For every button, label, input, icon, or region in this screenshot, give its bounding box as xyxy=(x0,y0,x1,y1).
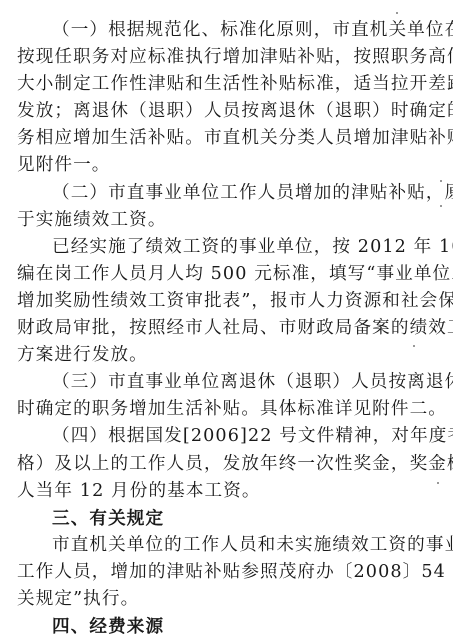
paragraph-1-line-1: （一）根据规范化、标准化原则，市直机关单位在职人员 xyxy=(17,17,393,44)
scan-speck xyxy=(437,482,439,484)
scan-speck xyxy=(440,205,442,207)
scan-speck xyxy=(396,12,398,14)
paragraph-6-line-1: 市直机关单位的工作人员和未实施绩效工资的事业单位的 xyxy=(17,532,393,559)
paragraph-5-line-3: 人当年 12 月份的基本工资。 xyxy=(17,478,393,505)
section-heading-regulations: 三、有关规定 xyxy=(17,505,393,532)
paragraph-3-line-3: 增加奖励性绩效工资审批表”，报市人力资源和社会保障局、市 xyxy=(17,288,393,315)
paragraph-5-line-2: 格）及以上的工作人员，发放年终一次性奖金，奖金标准为本 xyxy=(17,451,393,478)
paragraph-5-line-1: （四）根据国发[2006]22 号文件精神，对年度考核称职（合 xyxy=(17,423,393,450)
paragraph-6-line-3: 关规定”执行。 xyxy=(17,586,393,613)
paragraph-3-line-4: 财政局审批，按照经市人社局、市财政局备案的绩效工资分配 xyxy=(17,315,393,342)
paragraph-1-line-4: 发放；离退休（退职）人员按离退休（退职）时确定的行政职 xyxy=(17,98,393,125)
paragraph-1-line-3: 大小制定工作性津贴和生活性补贴标准，适当拉开差距，分档 xyxy=(17,71,393,98)
paragraph-6-line-2: 工作人员，增加的津贴补贴参照茂府办〔2008〕54 号文的“有 ⌐ ⌐ xyxy=(17,559,393,586)
document-page: （一）根据规范化、标准化原则，市直机关单位在职人员 按现任职务对应标准执行增加津… xyxy=(17,17,393,640)
paragraph-1-line-5: 务相应增加生活补贴。市直机关分类人员增加津贴补贴标准详 xyxy=(17,125,393,152)
paragraph-4-line-1: （三）市直事业单位离退休（退职）人员按离退休（退职） xyxy=(17,369,393,396)
paragraph-1-line-2: 按现任职务对应标准执行增加津贴补贴，按照职务高低及责任 xyxy=(17,44,393,71)
scan-speck xyxy=(437,455,439,457)
paragraph-1-line-6: 见附件一。 xyxy=(17,152,393,179)
paragraph-3-line-2: 编在岗工作人员月人均 500 元标准，填写“事业单位工作人员 xyxy=(17,261,393,288)
paragraph-2-line-2: 于实施绩效工资。 xyxy=(17,207,393,234)
paragraph-2-line-1: （二）市直事业单位工作人员增加的津贴补贴，原则上用 xyxy=(17,180,393,207)
paragraph-3-line-1: 已经实施了绩效工资的事业单位，按 2012 年 10 月 1 日在 xyxy=(17,234,393,261)
scan-speck xyxy=(440,180,442,182)
scan-speck xyxy=(413,345,415,347)
paragraph-6-line-2-text: 工作人员，增加的津贴补贴参照茂府办〔2008〕54 号文的“有 xyxy=(17,562,453,582)
section-heading-funding-source: 四、经费来源 xyxy=(17,613,393,640)
paragraph-3-line-5: 方案进行发放。 xyxy=(17,342,393,369)
paragraph-4-line-2: 时确定的职务增加生活补贴。具体标准详见附件二。 xyxy=(17,396,393,423)
